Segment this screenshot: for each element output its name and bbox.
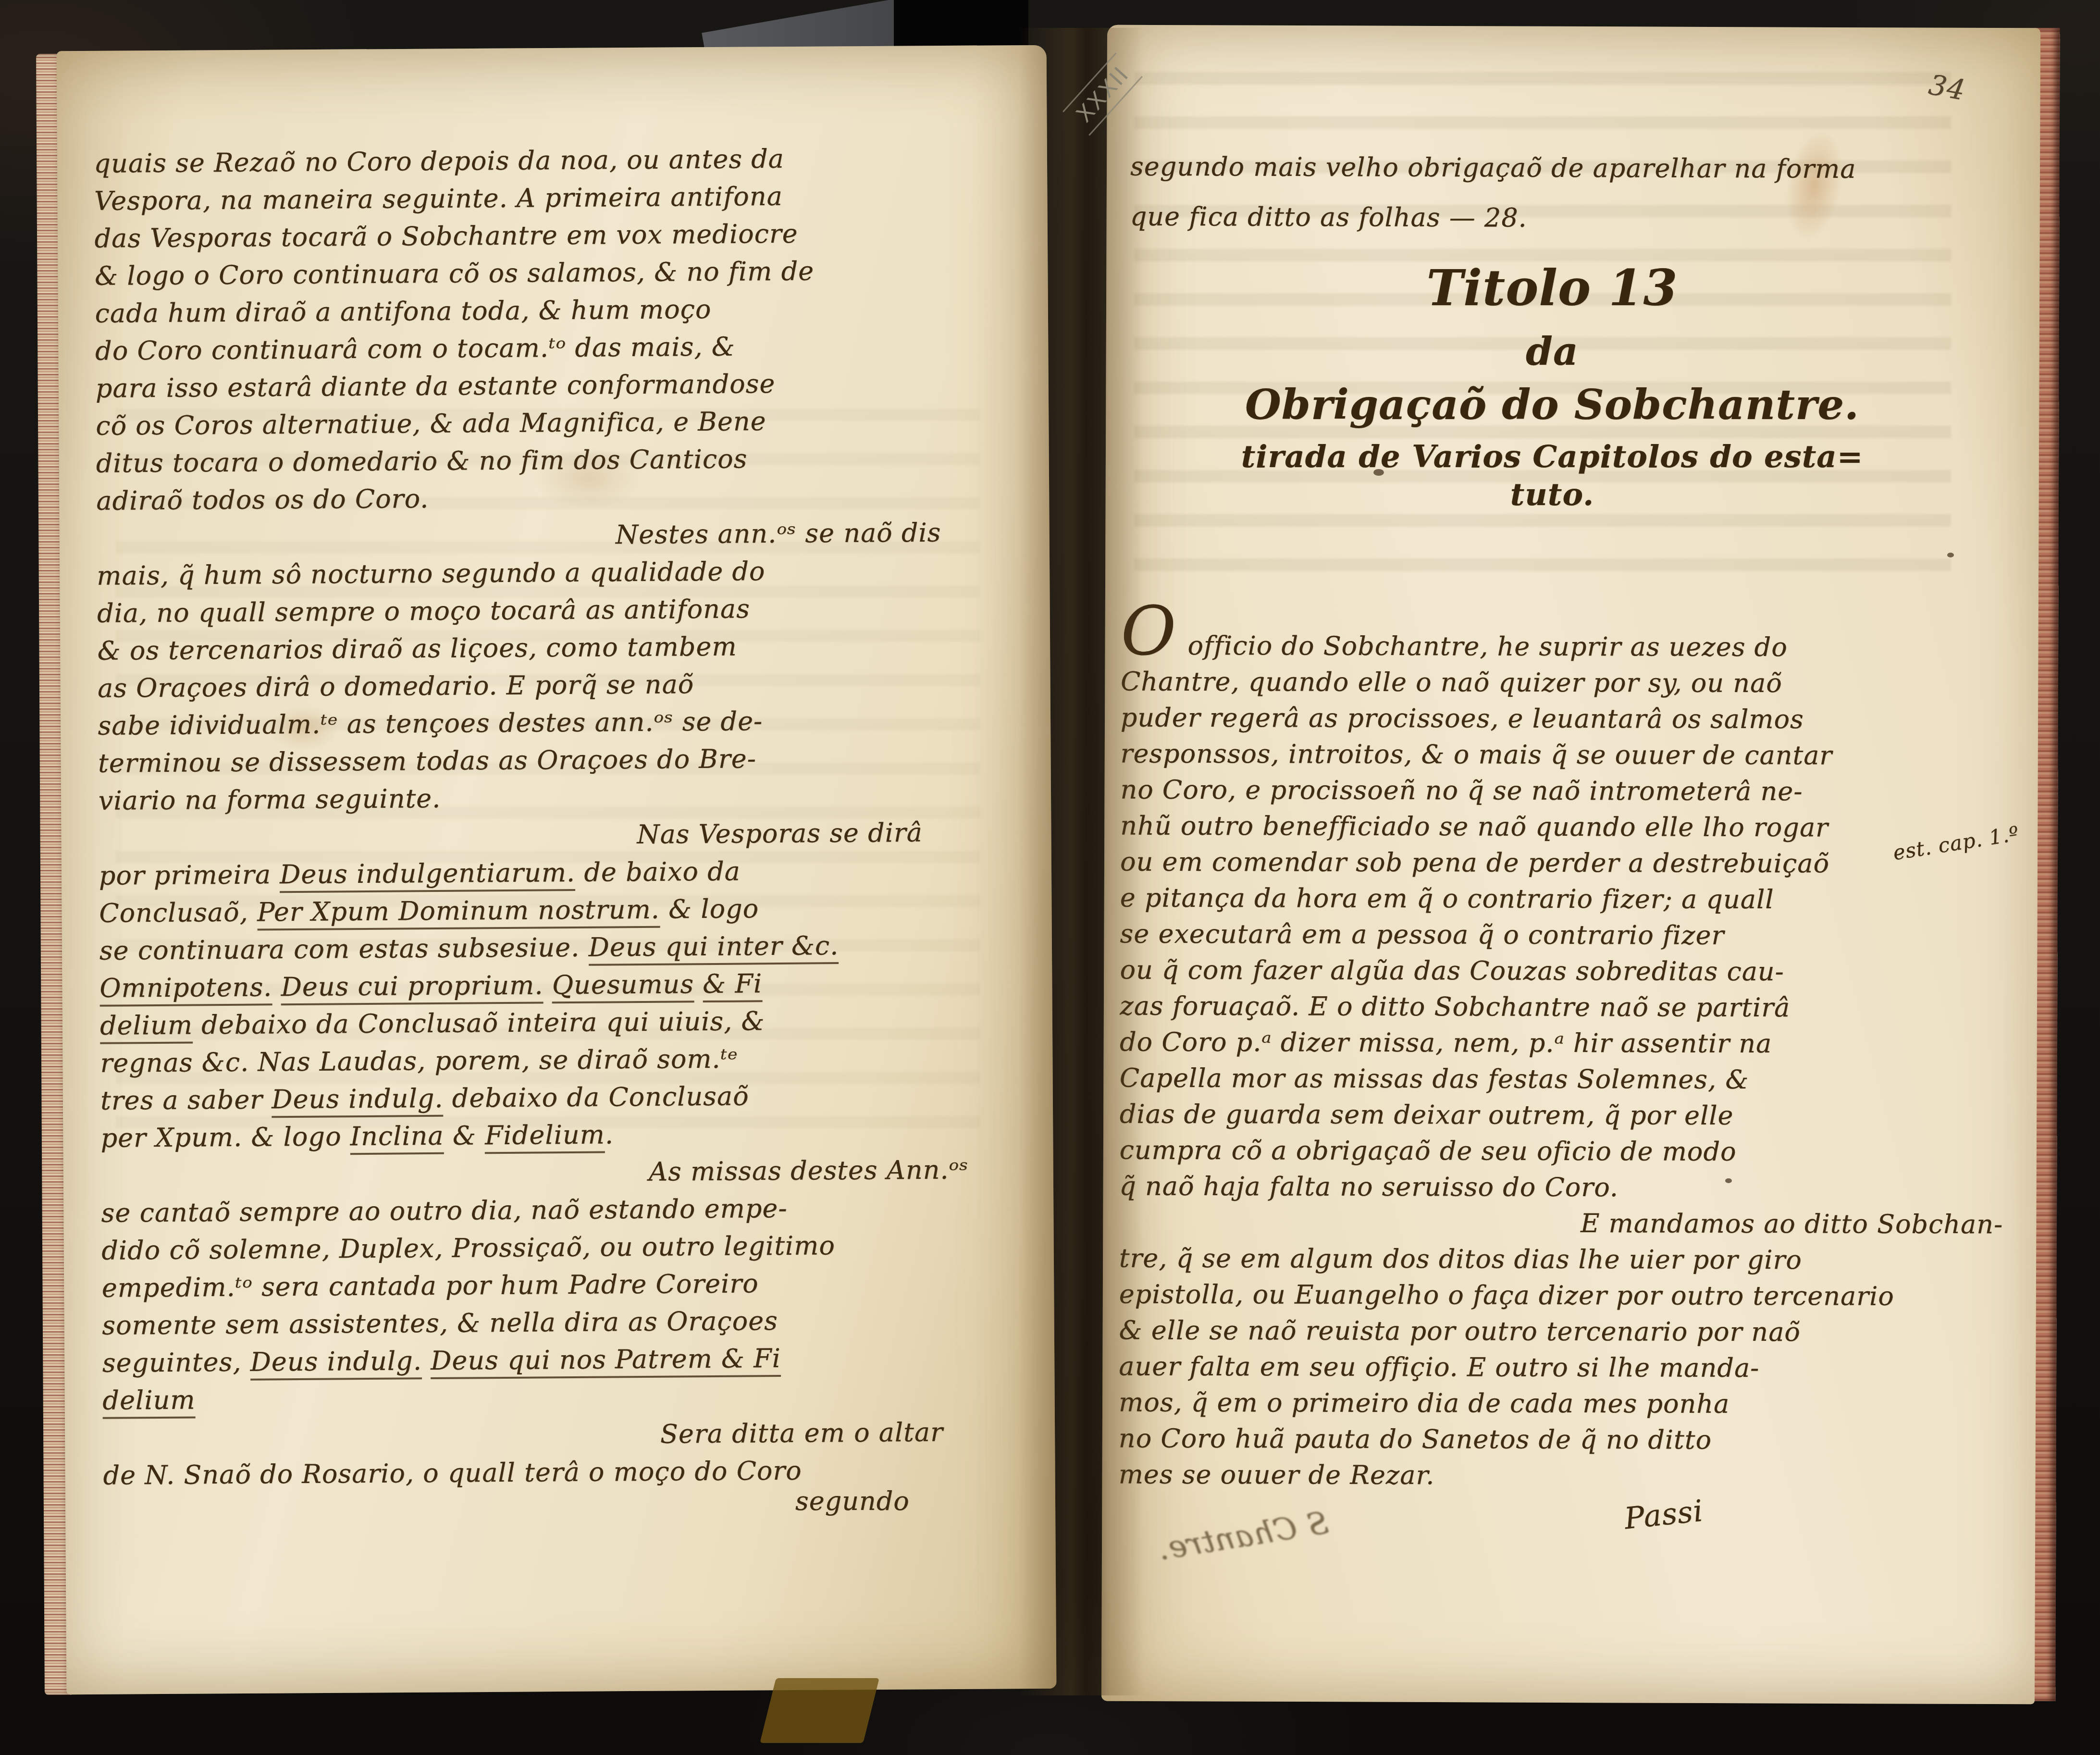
manuscript-line: que fica ditto as folhas — 28. — [1130, 192, 2005, 245]
title-line: tirada de Varios Capitolos do esta= — [1124, 437, 1980, 477]
manuscript-line: responssos, introitos, & o mais q̃ se ou… — [1121, 736, 2005, 774]
chapter-title: Titolo 13daObrigaçaõ do Sobchantre.tirad… — [1124, 260, 1980, 513]
left-page-text: quais se Rezaõ no Coro depois da noa, ou… — [94, 138, 1045, 1495]
manuscript-line: Capella mor as missas das festas Solemne… — [1120, 1060, 2004, 1099]
manuscript-line: Sera ditta em o altar — [660, 1413, 1045, 1453]
manuscript-line: sabe idividualm.ᵗᵉ as tençoes destes ann… — [98, 701, 1039, 745]
manuscript-line: ditus tocara o domedario & no fim dos Ca… — [96, 438, 1038, 482]
manuscript-line: dia, no quall sempre o moço tocarâ as an… — [97, 588, 1039, 632]
manuscript-line: somente sem assistentes, & nella dira as… — [102, 1300, 1044, 1345]
manuscript-line: no Coro, e procissoeñ no q̃ se naõ intro… — [1120, 772, 2004, 810]
manuscript-line: cumpra cõ a obrigaçaõ de seu oficio de m… — [1119, 1132, 2003, 1171]
manuscript-line: dias de guarda sem deixar outrem, q̃ por… — [1120, 1096, 2004, 1135]
manuscript-line: se continuara com estas subsesiue. Deus … — [99, 926, 1041, 970]
title-line: da — [1124, 329, 1980, 374]
manuscript-line: do Coro p.ᵃ dizer missa, nem, p.ᵃ hir as… — [1120, 1024, 2004, 1063]
manuscript-line: quais se Rezaõ no Coro depois da noa, ou… — [94, 138, 1036, 183]
manuscript-line: cada hum diraõ a antifona toda, & hum mo… — [95, 288, 1037, 333]
manuscript-line: nhũ outro benefficiado se naõ quando ell… — [1120, 808, 2004, 846]
manuscript-line: cõ os Coros alternatiue, & ada Magnifica… — [96, 401, 1038, 445]
manuscript-line: empedim.ᵗᵒ sera cantada por hum Padre Co… — [102, 1263, 1044, 1307]
manuscript-line: tres a saber Deus indulg. debaixo da Con… — [100, 1075, 1042, 1120]
manuscript-line: auer falta em seu offiçio. E outro si lh… — [1119, 1348, 2003, 1387]
folio-number: 34 — [1927, 68, 1968, 107]
binding-tail-patch — [760, 1678, 879, 1743]
manuscript-line: O officio do Sobchantre, he suprir as ue… — [1121, 617, 2005, 666]
catchword-left: segundo — [795, 1486, 910, 1516]
manuscript-line: As missas destes Ann.ᵒˢ — [649, 1150, 1043, 1191]
manuscript-line: Omnipotens. Deus cui proprium. Quesumus … — [99, 963, 1041, 1007]
manuscript-line: das Vesporas tocarã o Sobchantre em vox … — [94, 213, 1036, 258]
manuscript-line: Conclusaõ, Per Xpum Dominum nostrum. & l… — [99, 888, 1041, 932]
title-line: tuto. — [1124, 477, 1980, 513]
manuscript-line: no Coro huã pauta do Sanetos de q̃ no di… — [1119, 1421, 2003, 1459]
manuscript-line: Nas Vesporas se dirâ — [637, 813, 1041, 853]
manuscript-line: terminou se dissessem todas as Oraçoes d… — [98, 738, 1040, 782]
manuscript-line: & elle se naõ reuista por outro tercenar… — [1119, 1312, 2003, 1351]
manuscript-line: por primeira Deus indulgentiarum. de bai… — [99, 851, 1041, 895]
manuscript-line: ou q̃ com fazer algũa das Couzas sobredi… — [1120, 952, 2004, 990]
manuscript-line: puder regerâ as procissoes, e leuantarâ … — [1121, 700, 2005, 738]
manuscript-line: e pitança da hora em q̃ o contrario fize… — [1120, 880, 2004, 918]
manuscript-photo: quais se Rezaõ no Coro depois da noa, ou… — [0, 0, 2100, 1755]
title-line: Obrigaçaõ do Sobchantre. — [1124, 381, 1980, 429]
manuscript-line: delium debaixo da Conclusaõ inteira qui … — [100, 1001, 1042, 1045]
manuscript-line: do Coro continuarâ com o tocam.ᵗᵒ das ma… — [95, 326, 1037, 370]
manuscript-line: mos, q̃ em o primeiro dia de cada mes po… — [1119, 1384, 2003, 1423]
manuscript-line: se cantaõ sempre ao outro dia, naõ estan… — [101, 1188, 1043, 1232]
manuscript-line: per Xpum. & logo Inclina & Fidelium. — [100, 1113, 1042, 1157]
right-page-header: segundo mais velho obrigaçaõ de aparelha… — [1130, 142, 2005, 245]
manuscript-line: mais, q̃ hum sô nocturno segundo a quali… — [97, 551, 1038, 595]
manuscript-line: adiraõ todos os do Coro. — [96, 476, 1038, 520]
right-page-body: O officio do Sobchantre, he suprir as ue… — [1119, 617, 2005, 1495]
manuscript-line: & logo o Coro continuara cõ os salamos, … — [95, 251, 1037, 295]
manuscript-line: E mandamos ao ditto Sobchan- — [1581, 1205, 2003, 1242]
manuscript-line: q̃ naõ haja falta no seruisso do Coro. — [1119, 1168, 2003, 1207]
manuscript-line: epistolla, ou Euangelho o faça dizer por… — [1119, 1276, 2003, 1315]
manuscript-line: regnas &c. Nas Laudas, porem, se diraõ s… — [100, 1038, 1042, 1082]
manuscript-line: seguintes, Deus indulg. Deus qui nos Pat… — [102, 1338, 1044, 1382]
manuscript-line: as Oraçoes dirâ o domedario. E porq̃ se … — [98, 663, 1039, 707]
title-line: Titolo 13 — [1124, 260, 1980, 317]
manuscript-line: tre, q̃ se em algum dos ditos dias lhe u… — [1119, 1240, 2003, 1279]
manuscript-line: ou em comendar sob pena de perder a dest… — [1120, 844, 2004, 882]
manuscript-line: viario na forma seguinte. — [98, 776, 1040, 820]
manuscript-line: Vespora, na maneira seguinte. A primeira… — [94, 176, 1036, 220]
manuscript-line: dido cõ solemne, Duplex, Prossiçaõ, ou o… — [101, 1225, 1043, 1270]
ink-speck — [1947, 553, 1954, 557]
manuscript-line: segundo mais velho obrigaçaõ de aparelha… — [1130, 142, 2005, 195]
manuscript-line: zas foruaçaõ. E o ditto Sobchantre naõ s… — [1120, 988, 2004, 1026]
manuscript-line: se executarâ em a pessoa q̃ o contrario … — [1120, 916, 2004, 954]
manuscript-line: para isso estarâ diante da estante confo… — [95, 363, 1037, 408]
manuscript-line: & os tercenarios diraõ as liçoes, como t… — [97, 626, 1039, 670]
manuscript-line: Nestes ann.ᵒˢ se naõ dis — [616, 513, 1039, 554]
manuscript-line: mes se ouuer de Rezar. — [1119, 1457, 2003, 1495]
manuscript-line: Chantre, quando elle o naõ quizer por sy… — [1121, 664, 2005, 702]
manuscript-line: delium — [102, 1375, 1044, 1420]
